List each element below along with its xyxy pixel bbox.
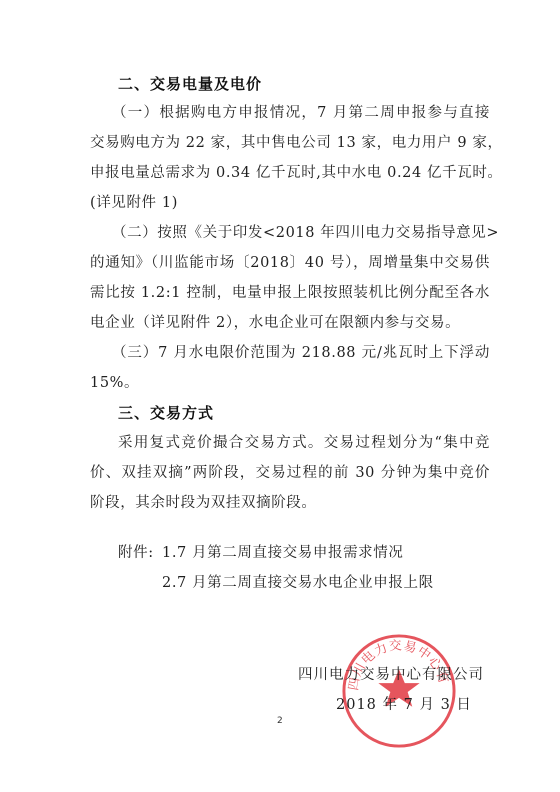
attachment-item: 2.7 月第二周直接交易水电企业申报上限 (162, 573, 492, 593)
paragraph-line: 电企业（详见附件 2），水电企业可在限额内参与交易。 (90, 313, 490, 333)
paragraph-line: (详见附件 1) (90, 193, 490, 213)
paragraph-line: 需比按 1.2:1 控制，电量申报上限按照装机比例分配至各水 (90, 283, 490, 303)
paragraph-line: 价、双挂双摘”两阶段，交易过程的前 30 分钟为集中竞价 (90, 463, 490, 483)
document-page: 二、交易电量及电价 （一）根据购电方申报情况，7 月第二周申报参与直接 交易购电… (0, 0, 560, 792)
attachment-item: 1.7 月第二周直接交易申报需求情况 (162, 543, 492, 563)
paragraph-line: 交易购电方为 22 家，其中售电公司 13 家，电力用户 9 家， (90, 133, 490, 153)
paragraph-line: 15%。 (90, 373, 490, 393)
paragraph-line: 阶段，其余时段为双挂双摘阶段。 (90, 493, 490, 513)
official-seal-icon: 四川电力交易中心有限公司 (340, 632, 458, 750)
paragraph-line: 采用复式竞价撮合交易方式。交易过程划分为“集中竞 (118, 433, 490, 453)
paragraph-line: （三）7 月水电限价范围为 218.88 元/兆瓦时上下浮动 (112, 343, 490, 363)
section-heading-trading-volume-price: 二、交易电量及电价 (118, 74, 518, 94)
signature-date: 2018 年 7 月 3 日 (336, 693, 472, 714)
paragraph-line: （一）根据购电方申报情况，7 月第二周申报参与直接 (112, 103, 490, 123)
page-number: 2 (277, 716, 283, 726)
paragraph-line: 的通知》（川监能市场〔2018〕40 号），周增量集中交易供 (90, 253, 490, 273)
section-heading-trading-method: 三、交易方式 (118, 403, 518, 423)
signature-organization: 四川电力交易中心有限公司 (298, 663, 484, 684)
paragraph-line: （二）按照《关于印发<2018 年四川电力交易指导意见> (112, 223, 490, 243)
paragraph-line: 申报电量总需求为 0.34 亿千瓦时,其中水电 0.24 亿千瓦时。 (90, 163, 490, 183)
